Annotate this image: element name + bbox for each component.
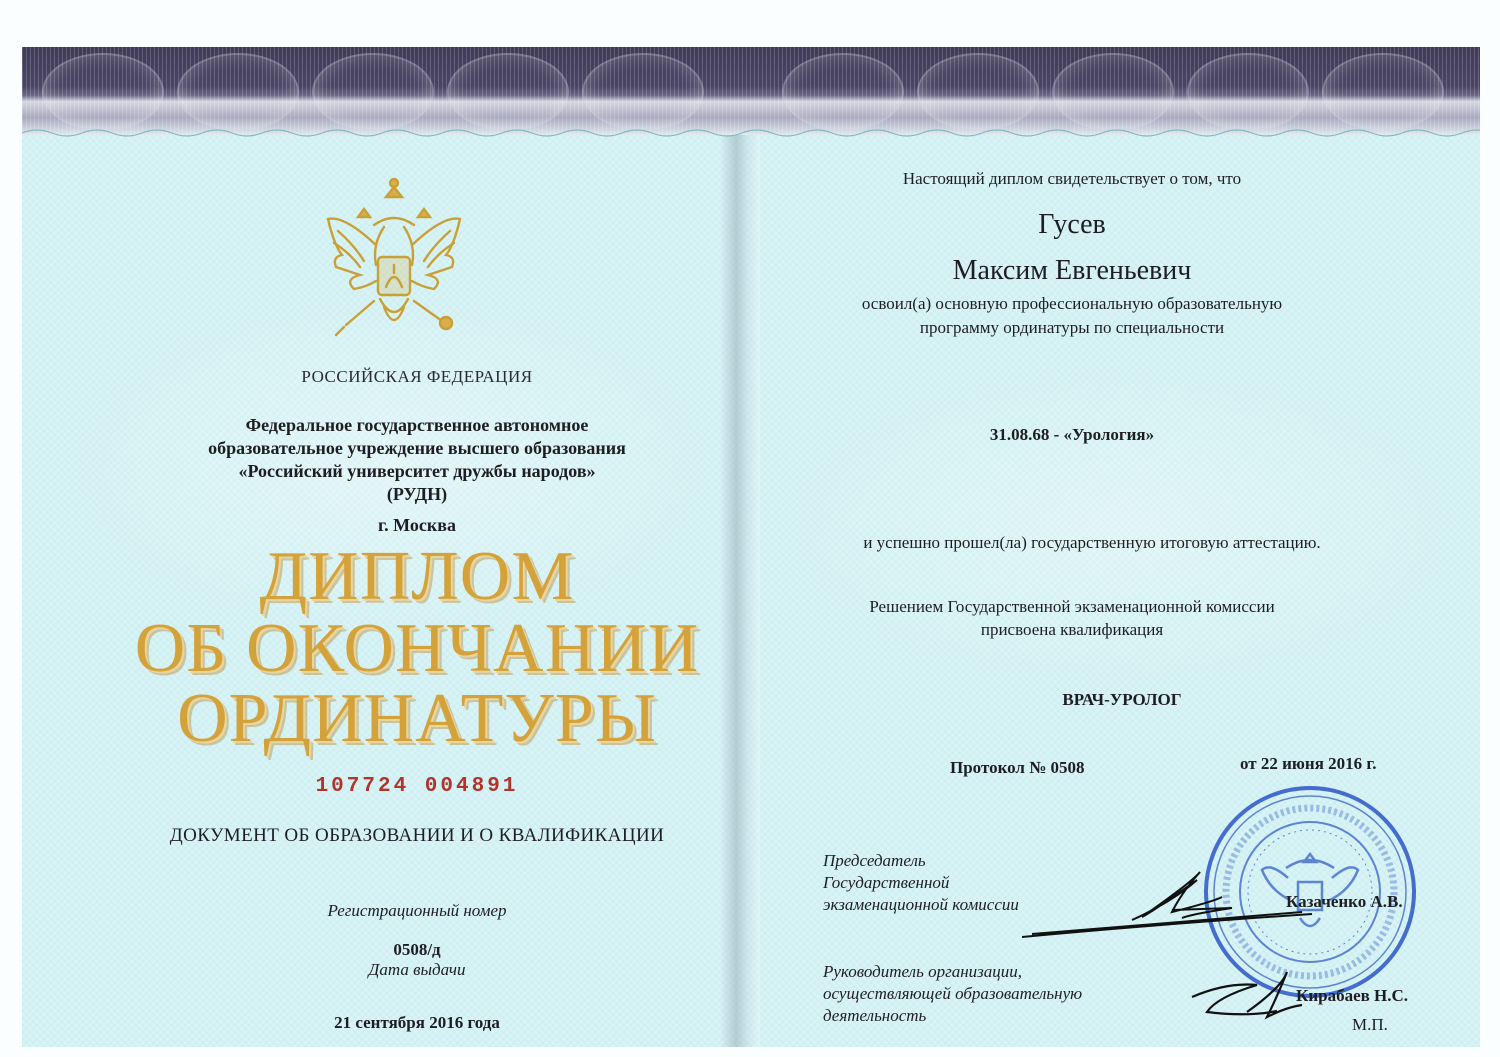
- commission-decision: Решением Государственной экзаменационной…: [822, 595, 1322, 641]
- registration-number: 0508/д: [222, 940, 612, 960]
- program-statement-line: программу ординатуры по специальности: [812, 316, 1332, 340]
- diploma-title-line: ОРДИНАТУРЫ: [82, 679, 752, 759]
- guilloche-motif: [1322, 53, 1444, 131]
- guilloche-motif: [312, 53, 434, 131]
- protocol-date: от 22 июня 2016 г.: [1240, 754, 1376, 774]
- org-line: (РУДН): [132, 483, 702, 506]
- chair-label: Председатель Государственной экзаменацио…: [823, 850, 1019, 916]
- guilloche-motif: [782, 53, 904, 131]
- guilloche-motif: [1052, 53, 1174, 131]
- qualification: ВРАЧ-УРОЛОГ: [922, 690, 1322, 710]
- guilloche-motif: [1187, 53, 1309, 131]
- organization-name: Федеральное государственное автономное о…: [132, 414, 702, 506]
- protocol-number: Протокол № 0508: [950, 758, 1085, 778]
- country-name: РОССИЙСКАЯ ФЕДЕРАЦИЯ: [172, 367, 662, 387]
- issue-date-label: Дата выдачи: [222, 960, 612, 980]
- seal-mark: М.П.: [1352, 1015, 1388, 1035]
- issue-date: 21 сентября 2016 года: [222, 1013, 612, 1033]
- city: г. Москва: [132, 515, 702, 536]
- program-statement: освоил(а) основную профессиональную обра…: [812, 292, 1332, 340]
- chair-signature-icon: [1022, 862, 1322, 942]
- head-label-line: Руководитель организации,: [823, 961, 1082, 983]
- head-label: Руководитель организации, осуществляющей…: [823, 961, 1082, 1027]
- russian-coat-of-arms-icon: [314, 175, 474, 345]
- specialty: 31.08.68 - «Урология»: [822, 425, 1322, 445]
- org-line: образовательное учреждение высшего образ…: [132, 437, 702, 460]
- guilloche-motif: [177, 53, 299, 131]
- decision-line: присвоена квалификация: [822, 618, 1322, 641]
- chair-name: Казаченко А.В.: [1286, 892, 1403, 912]
- certification-intro: Настоящий диплом свидетельствует о том, …: [822, 169, 1322, 189]
- guilloche-motif: [917, 53, 1039, 131]
- chair-label-line: Государственной: [823, 872, 1019, 894]
- org-line: Федеральное государственное автономное: [132, 414, 702, 437]
- diploma-title-line: ДИПЛОМ: [82, 537, 752, 617]
- registration-label: Регистрационный номер: [222, 901, 612, 921]
- serial-number: 107724 004891: [172, 775, 662, 798]
- diploma-document: РОССИЙСКАЯ ФЕДЕРАЦИЯ Федеральное государ…: [22, 47, 1480, 1047]
- chair-label-line: экзаменационной комиссии: [823, 894, 1019, 916]
- head-label-line: осуществляющей образовательную: [823, 983, 1082, 1005]
- org-line: «Российский университет дружбы народов»: [132, 460, 702, 483]
- graduate-given-names: Максим Евгеньевич: [822, 255, 1322, 287]
- diploma-title-line: ОБ ОКОНЧАНИИ: [82, 609, 752, 689]
- document-type: ДОКУМЕНТ ОБ ОБРАЗОВАНИИ И О КВАЛИФИКАЦИИ: [102, 825, 732, 847]
- chair-label-line: Председатель: [823, 850, 1019, 872]
- guilloche-motif: [582, 53, 704, 131]
- guilloche-motif: [42, 53, 164, 131]
- attestation-statement: и успешно прошел(ла) государственную ито…: [822, 533, 1362, 553]
- decision-line: Решением Государственной экзаменационной…: [822, 595, 1322, 618]
- security-band: [22, 47, 1480, 135]
- graduate-surname: Гусев: [822, 209, 1322, 241]
- head-name: Кирабаев Н.С.: [1296, 986, 1408, 1006]
- head-label-line: деятельность: [823, 1005, 1082, 1027]
- program-statement-line: освоил(а) основную профессиональную обра…: [812, 292, 1332, 316]
- guilloche-motif: [447, 53, 569, 131]
